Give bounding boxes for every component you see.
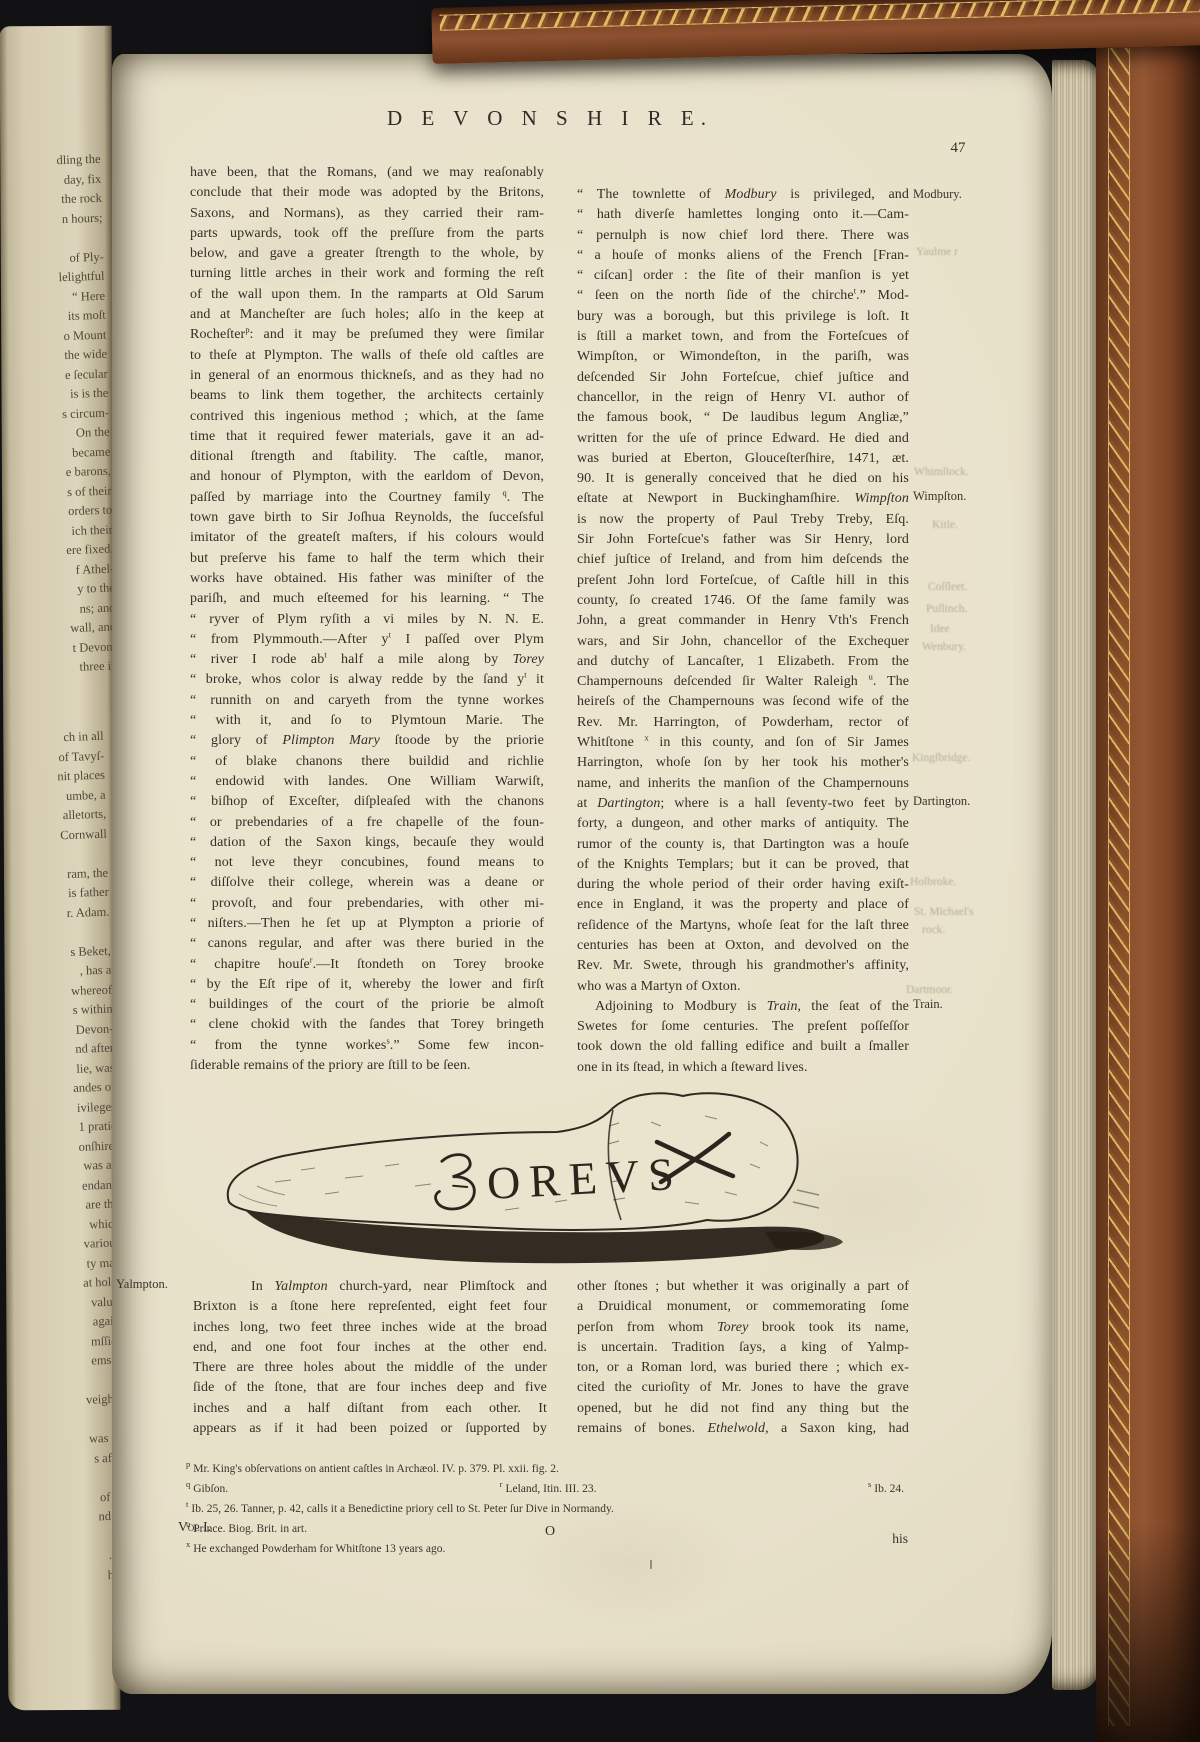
text-fragment: was an [24,1156,119,1179]
text-line: chief juſtice of Ireland, and from him d… [577,550,909,570]
text-line: “ clene chokid with the ſandes that Tore… [190,1015,544,1035]
text-fragment: On the [15,423,110,446]
text-line: Champernouns deſcended ſir Walter Raleig… [577,672,909,692]
footnote-mark: s [868,1479,871,1489]
text-line: preſent John lord Forteſcue, of Caſtle h… [577,571,909,591]
text-line: contrived this ingenious method ; which,… [190,407,544,427]
text-line: “ hath diverſe hamlettes longing onto it… [577,205,909,225]
print-artifact [650,1560,652,1569]
footnote: rLeland, Itin. III. 23. [500,1477,597,1497]
text-line: In Yalmpton church-yard, near Plimſtock … [193,1277,547,1297]
text-fragment: is is the [14,384,109,407]
text-line: “ from the tynne workess.” Some few inco… [190,1036,544,1056]
text-line: Swetes for ſome centuries. The preſent p… [577,1017,909,1037]
text-line: other ſtones ; but whether it was origin… [577,1277,909,1297]
text-fragment: ere fixed. [19,540,114,563]
footnote-mark: x [186,1539,190,1549]
text-fragment: n hours; [8,208,103,231]
text-line: “ a houſe of monks aliens of the French … [577,246,909,266]
text-line: “ glory of Plimpton Mary ſtoode by the p… [190,731,544,751]
text-line: “ broke, whos color is alway redde by th… [190,670,544,690]
catchword: his [830,1531,908,1547]
text-fragment: , has a [17,961,112,984]
text-fragment: dling the [6,150,101,173]
text-line: “ of blake chanons there buildid and ric… [190,752,544,772]
text-fragment: s within [18,1000,113,1023]
text-fragment: are the [25,1195,120,1218]
text-line: Rocheſterp: and it may be preſumed they … [190,325,544,345]
footnote-row: qGibſon. rLeland, Itin. III. 23. sIb. 24… [186,1477,910,1497]
text-line: “ by the Eſt ripe of it, whereby the low… [190,975,544,995]
signature-mark: O [500,1524,600,1540]
ghost-note: Kingſbridge. [912,752,970,764]
text-line: “ niſters.—Then he ſet up at Plympton a … [190,914,544,934]
ghost-note: Holbroke. [910,876,956,888]
text-line: in general of an enormous thickneſs, and… [190,366,544,386]
text-line: “ provoſt, and four prebendaries, with o… [190,894,544,914]
inscription-text: OREVS [486,1148,684,1209]
text-fragment: r. Adam. [15,902,110,925]
text-fragment: three in [23,657,118,680]
text-line: “ dation of the Saxon kings, becauſe the… [190,833,544,853]
text-line: “ chapitre houſer.—It ſtondeth on Torey … [190,955,544,975]
page-number: 47 [928,140,988,157]
text-line: ſide of the ſtone, that are four inches … [193,1378,547,1398]
text-line: conclude that their mode was adopted by … [190,183,544,203]
text-line: the famous book, “ De laudibus legum Ang… [577,408,909,428]
text-line: of the wall upon them. In the ramparts a… [190,285,544,305]
text-line: cited the curioſity of Mr. Jones to have… [577,1378,909,1398]
ghost-note: Dartmoor. [906,984,953,996]
text-fragment: y to the [21,579,116,602]
footnote-mark: q [186,1479,190,1489]
text-column-right: “ The townlette of Modbury is privileged… [577,185,909,1078]
text-fragment: Cornwall [13,824,108,847]
footnote: sIb. 24. [868,1477,904,1497]
text-line: Saxons, and Normans), as they carried th… [190,204,544,224]
text-line: bury was a borough, but this privilege i… [577,307,909,327]
text-line: centuries has been at Oxton, and devolve… [577,936,909,956]
text-line: beams to link them together, the archite… [190,386,544,406]
ghost-note: Idee [930,623,950,635]
text-line: town gave birth to Sir Joſhua Reynolds, … [190,508,544,528]
footnote-mark: p [186,1459,190,1469]
text-line: “ pernulph is now chief lord there. Ther… [577,226,909,246]
text-line: ſiderable remains of the priory are ſtil… [190,1056,544,1076]
footnote: qGibſon. [186,1477,228,1497]
text-line: Brixton is a ſtone here repreſented, eig… [193,1297,547,1317]
ghost-note: St. Michael's [914,906,974,918]
text-line: forty, a dungeon, and other marks of ant… [577,814,909,834]
text-line: is now the property of Paul Treby Treby,… [577,510,909,530]
text-line: heireſs of the Champernouns was ſecond w… [577,692,909,712]
text-fragment: orders to [18,501,113,524]
footnote-text: Mr. King's obſervations on antient caſtl… [193,1463,559,1475]
text-column-left: have been, that the Romans, (and we may … [190,163,544,1076]
text-line: and dutchy of Lancaſter, 1 Elizabeth. Fr… [577,652,909,672]
text-fragment: is father [14,883,109,906]
text-line: “ diſſolve their college, wherein was a … [190,873,544,893]
text-line: took down the old falling edifice and bu… [577,1037,909,1057]
leather-cover [1096,0,1200,1742]
text-fragment: lelightful [10,267,105,290]
text-line: “ canons regular, and after was there bu… [190,934,544,954]
text-fragment: the wide [13,345,108,368]
text-line: perſon from whom Torey brook took its na… [577,1318,909,1338]
text-line: paſſed by marriage into the Courtney fam… [190,488,544,508]
text-line: “ ryver of Plym ryſith a vi miles by N. … [190,610,544,630]
text-line: “ The townlette of Modbury is privileged… [577,185,909,205]
footnote: tIb. 25, 26. Tanner, p. 42, calls it a B… [186,1497,910,1517]
footnote-text: Gibſon. [193,1483,228,1495]
text-line: written for the uſe of prince Edward. He… [577,429,909,449]
gold-tooling-border [1108,48,1130,1726]
text-line: remains of bones. Ethelwold, a Saxon kin… [577,1419,909,1439]
text-line: “ runnith on and caryeth from the tynne … [190,691,544,711]
footnote-text: Ib. 24. [874,1483,904,1495]
text-line: is ſtill a market town, and from the For… [577,327,909,347]
footnote-text: Leland, Itin. III. 23. [505,1483,596,1495]
text-line: Sir John Forteſcue's father was Sir Henr… [577,530,909,550]
page-title: D E V O N S H I R E. [190,106,910,131]
text-line: reſidence of the Martyns, whoſe ſeat for… [577,916,909,936]
text-line: wars, and Sir John, chancellor of the Ex… [577,632,909,652]
book-scan: dling theday, fixthe rockn hours; of Ply… [0,0,1200,1742]
text-fragment: alletorts, [12,805,107,828]
text-line: pariſh, and much eſteemed for his learni… [190,589,544,609]
text-line: “ buildinges of the court of the priorie… [190,995,544,1015]
margin-note-yalmpton: Yalmpton. [116,1277,168,1292]
text-fragment: nit places [11,766,106,789]
text-line: Rev. Mr. Harrington, of Powderham, recto… [577,713,909,733]
text-fragment: the rock [8,189,103,212]
bottom-column-right: other ſtones ; but whether it was origin… [577,1277,909,1439]
previous-page-text-fragments-top: dling theday, fixthe rockn hours; of Ply… [6,150,117,679]
text-line: and honour of Plympton, with the earldom… [190,467,544,487]
text-line: ton, or a Roman lord, was buried there ;… [577,1358,909,1378]
text-line: “ biſhop of Exceſter, diſpleaſed with th… [190,792,544,812]
text-line: but preſerve his fame to half the term w… [190,549,544,569]
text-fragment: nd after [20,1039,115,1062]
footnote-mark: t [186,1499,188,1509]
text-line: “ ciſcan] order : the ſite of their manſ… [577,266,909,286]
text-fragment: its moſt [11,306,106,329]
footnote: xHe exchanged Powderham for Whitſtone 13… [186,1537,910,1557]
text-line: Rev. Mr. Swete, through his grandmother'… [577,956,909,976]
footnote-text: Ib. 25, 26. Tanner, p. 42, calls it a Be… [191,1503,614,1515]
text-line: county, ſo created 1746. Of the ſame fam… [577,591,909,611]
text-fragment: wall, and [22,618,117,641]
text-fragment: ems to [30,1350,125,1373]
previous-page-edge: dling theday, fixthe rockn hours; of Ply… [0,26,120,1711]
text-fragment: at holes [27,1272,122,1295]
text-line: have been, that the Romans, (and we may … [190,163,544,183]
text-line: appears as if it had been poized or ſupp… [193,1419,547,1439]
stone-illustration: OREVS [205,1082,845,1278]
text-line: ditional ſtrength and ſtability. The caſ… [190,447,544,467]
text-line: who was a Martyn of Oxton. [577,977,909,997]
text-line: at Dartington; where is a hall ſeventy-t… [577,794,909,814]
margin-note-modbury: Modbury. [913,187,962,202]
text-line: time that it required fewer materials, g… [190,427,544,447]
text-line: parts upwards, took off the preſſure fro… [190,224,544,244]
margin-note-wimpston: Wimpſton. [913,489,966,504]
text-line: works have obtained. His father was mini… [190,569,544,589]
text-line: deſcended Sir John Forteſcue, chief juſt… [577,368,909,388]
text-line: “ endowid with landes. One William Warwi… [190,772,544,792]
text-line: below, and gave a greater ſtrength to th… [190,244,544,264]
bottom-column-left: In Yalmpton church-yard, near Plimſtock … [193,1277,547,1439]
text-line: one in its ſtead, in which a ſteward liv… [577,1058,909,1078]
text-line: was buried at Eberton, Glouceſterſhire, … [577,449,909,469]
gold-tooling-border-top [439,0,1200,31]
text-line: rumor of the county is, that Dartington … [577,835,909,855]
text-line: name, and inherits the manſion of the Ch… [577,774,909,794]
text-line: There are three holes about the middle o… [193,1358,547,1378]
text-line: Adjoining to Modbury is Train, the ſeat … [577,997,909,1017]
text-line: a Druidical monument, or commemorating ſ… [577,1297,909,1317]
text-line: “ not leve theyr concubines, found means… [190,853,544,873]
text-line: inches long, two feet three inches wide … [193,1318,547,1338]
text-line: John, a great commander in Henry Vth's F… [577,611,909,631]
ghost-note: Wenbury. [922,641,966,653]
text-line: imitator of the greateſt maſters, if his… [190,528,544,548]
text-line: opened, but he did not find any thing bu… [577,1399,909,1419]
text-line: eſtate at Newport in Buckinghamſhire. Wi… [577,489,909,509]
ghost-note: Kitle. [932,519,958,531]
text-fragment: 1 pratie [22,1117,117,1140]
ghost-note: Yaulme r [916,246,958,258]
text-line: chancellor, in the reign of Henry VI. au… [577,388,909,408]
page-edge-stack [1052,60,1098,1690]
footnote-text: He exchanged Powderham for Whitſtone 13 … [193,1543,445,1555]
text-line: Wimpſton, or Wimondeſton, in the pariſh,… [577,347,909,367]
text-fragment: again, [29,1311,124,1334]
text-line: “ or prebendaries of a fre chapelle of t… [190,813,544,833]
text-line: “ from Plymmouth.—After yt I paſſed over… [190,630,544,650]
text-line: “ with it, and ſo to Plymtoun Marie. The [190,711,544,731]
footnote: pMr. King's obſervations on antient caſt… [186,1457,910,1477]
text-line: during the whole period of their order h… [577,875,909,895]
text-line: “ ſeen on the north ſide of the chirchet… [577,286,909,306]
text-line: end, and one foot four inches at the oth… [193,1338,547,1358]
ghost-note: Puſlinch. [926,603,967,615]
text-fragment: various [26,1233,121,1256]
leather-cover-top [431,0,1200,64]
text-line: is uncertain. Tradition ſays, a king of … [577,1338,909,1358]
text-fragment: e barons, [17,462,112,485]
ghost-note: Coſſleet. [928,581,967,593]
ghost-note: Whimſtock. [914,466,969,478]
text-line: 90. It is generally conceived that he di… [577,469,909,489]
footnotes: pMr. King's obſervations on antient caſt… [186,1457,910,1557]
text-line: to theſe at Plympton. The walls of theſe… [190,346,544,366]
text-fragment: andes of [21,1078,116,1101]
text-line: of the Knights Templars; but it can be p… [577,855,909,875]
text-line: “ river I rode abt half a mile along by … [190,650,544,670]
volume-label: Vol I. [178,1519,211,1535]
ghost-note: rock. [922,924,945,936]
text-line: Harrington, whoſe ſon by her took his mo… [577,753,909,773]
text-line: Whitſtone x in this county, and ſon of S… [577,733,909,753]
margin-note-train: Train. [913,997,943,1012]
text-line: turning little arches in their work and … [190,264,544,284]
footnote-mark: r [500,1479,503,1489]
margin-note-dartington: Dartington. [913,794,970,809]
text-line: and at Mancheſter are ſuch holes; alſo i… [190,305,544,325]
text-line: ence in England, it was the property and… [577,895,909,915]
text-line: inches and a half diſtant from each othe… [193,1399,547,1419]
text-fragment: ch in all [9,727,104,750]
